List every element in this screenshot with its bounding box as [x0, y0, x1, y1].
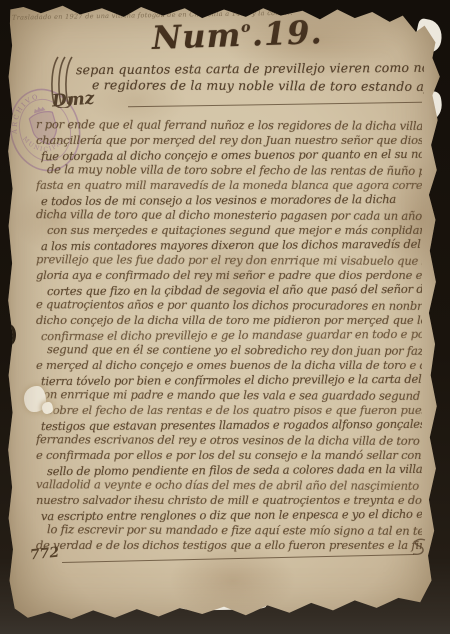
document-number-title: Numo.19.: [151, 13, 323, 57]
manuscript-line: e quatroçientos años e por quanto los di…: [36, 297, 422, 314]
manuscript-text-block: r por ende que el qual ferrand nuñoz e l…: [36, 118, 422, 553]
manuscript-line: previllejo que les fue dado por el rey d…: [36, 252, 422, 269]
manuscript-line: segund que en él se contiene yo el sobre…: [47, 342, 422, 359]
title-word: Num: [151, 16, 242, 57]
manuscript-line: e confirmada por ellos e por los del su …: [36, 448, 422, 463]
manuscript-line: don enrrique mi padre e mando que les va…: [36, 387, 422, 404]
title-number: .19.: [251, 13, 323, 53]
manuscript-line: de verdad e de los dichos testigos que a…: [36, 538, 422, 553]
manuscript-line: dicha villa de toro que al dicho moneste…: [36, 207, 422, 224]
ink-rule-line: [128, 102, 422, 108]
manuscript-line: valladolid a veynte e ocho días del mes …: [36, 477, 422, 494]
manuscript-line: de la muy noble villa de toro sobre el f…: [47, 162, 422, 179]
photograph-of-manuscript: { "annotation": { "text": "Trasladado en…: [0, 0, 450, 634]
manuscript-line: r por ende que el qual ferrand nuñoz e l…: [36, 117, 422, 134]
title-superscript: o: [241, 20, 252, 36]
opening-line: e regidores de la muy noble villa de tor…: [92, 77, 424, 94]
manuscript-line: dicho conçejo de la dicha villa de toro …: [36, 313, 422, 328]
edge-tear-notch: [2, 324, 16, 346]
manuscript-line: chançillería que por merçed del rey don …: [36, 133, 422, 148]
manuscript-line: fasta en quatro mill maravedís de la mon…: [36, 178, 422, 193]
opening-line: sepan quantos esta carta de previllejo v…: [76, 60, 424, 77]
manuscript-line: gloria aya e confirmado del rey mi señor…: [36, 268, 422, 283]
manuscript-line: e merçed al dicho conçejo e omes buenos …: [36, 358, 422, 373]
manuscript-line: nuestro salvador ihesu christo de mill e…: [36, 493, 422, 508]
manuscript-line: con sus merçedes e quitaçiones segund qu…: [47, 223, 422, 238]
closing-rubric: 772: [29, 545, 60, 564]
manuscript-page: Trasladado en 1927 de una vitrina fotogd…: [6, 2, 442, 624]
ink-rule-line: [62, 554, 414, 563]
manuscript-line: ferrandes escrivanos del rey e otros ves…: [36, 432, 422, 449]
paper-damage-spot: [42, 402, 53, 414]
scribe-flourish: Dmz: [51, 89, 95, 112]
manuscript-line: sobre el fecho de las rentas e de los qu…: [47, 403, 422, 418]
end-flourish: [410, 536, 428, 562]
manuscript-line: lo fiz escrevir por su mandado e fize aq…: [47, 522, 422, 539]
